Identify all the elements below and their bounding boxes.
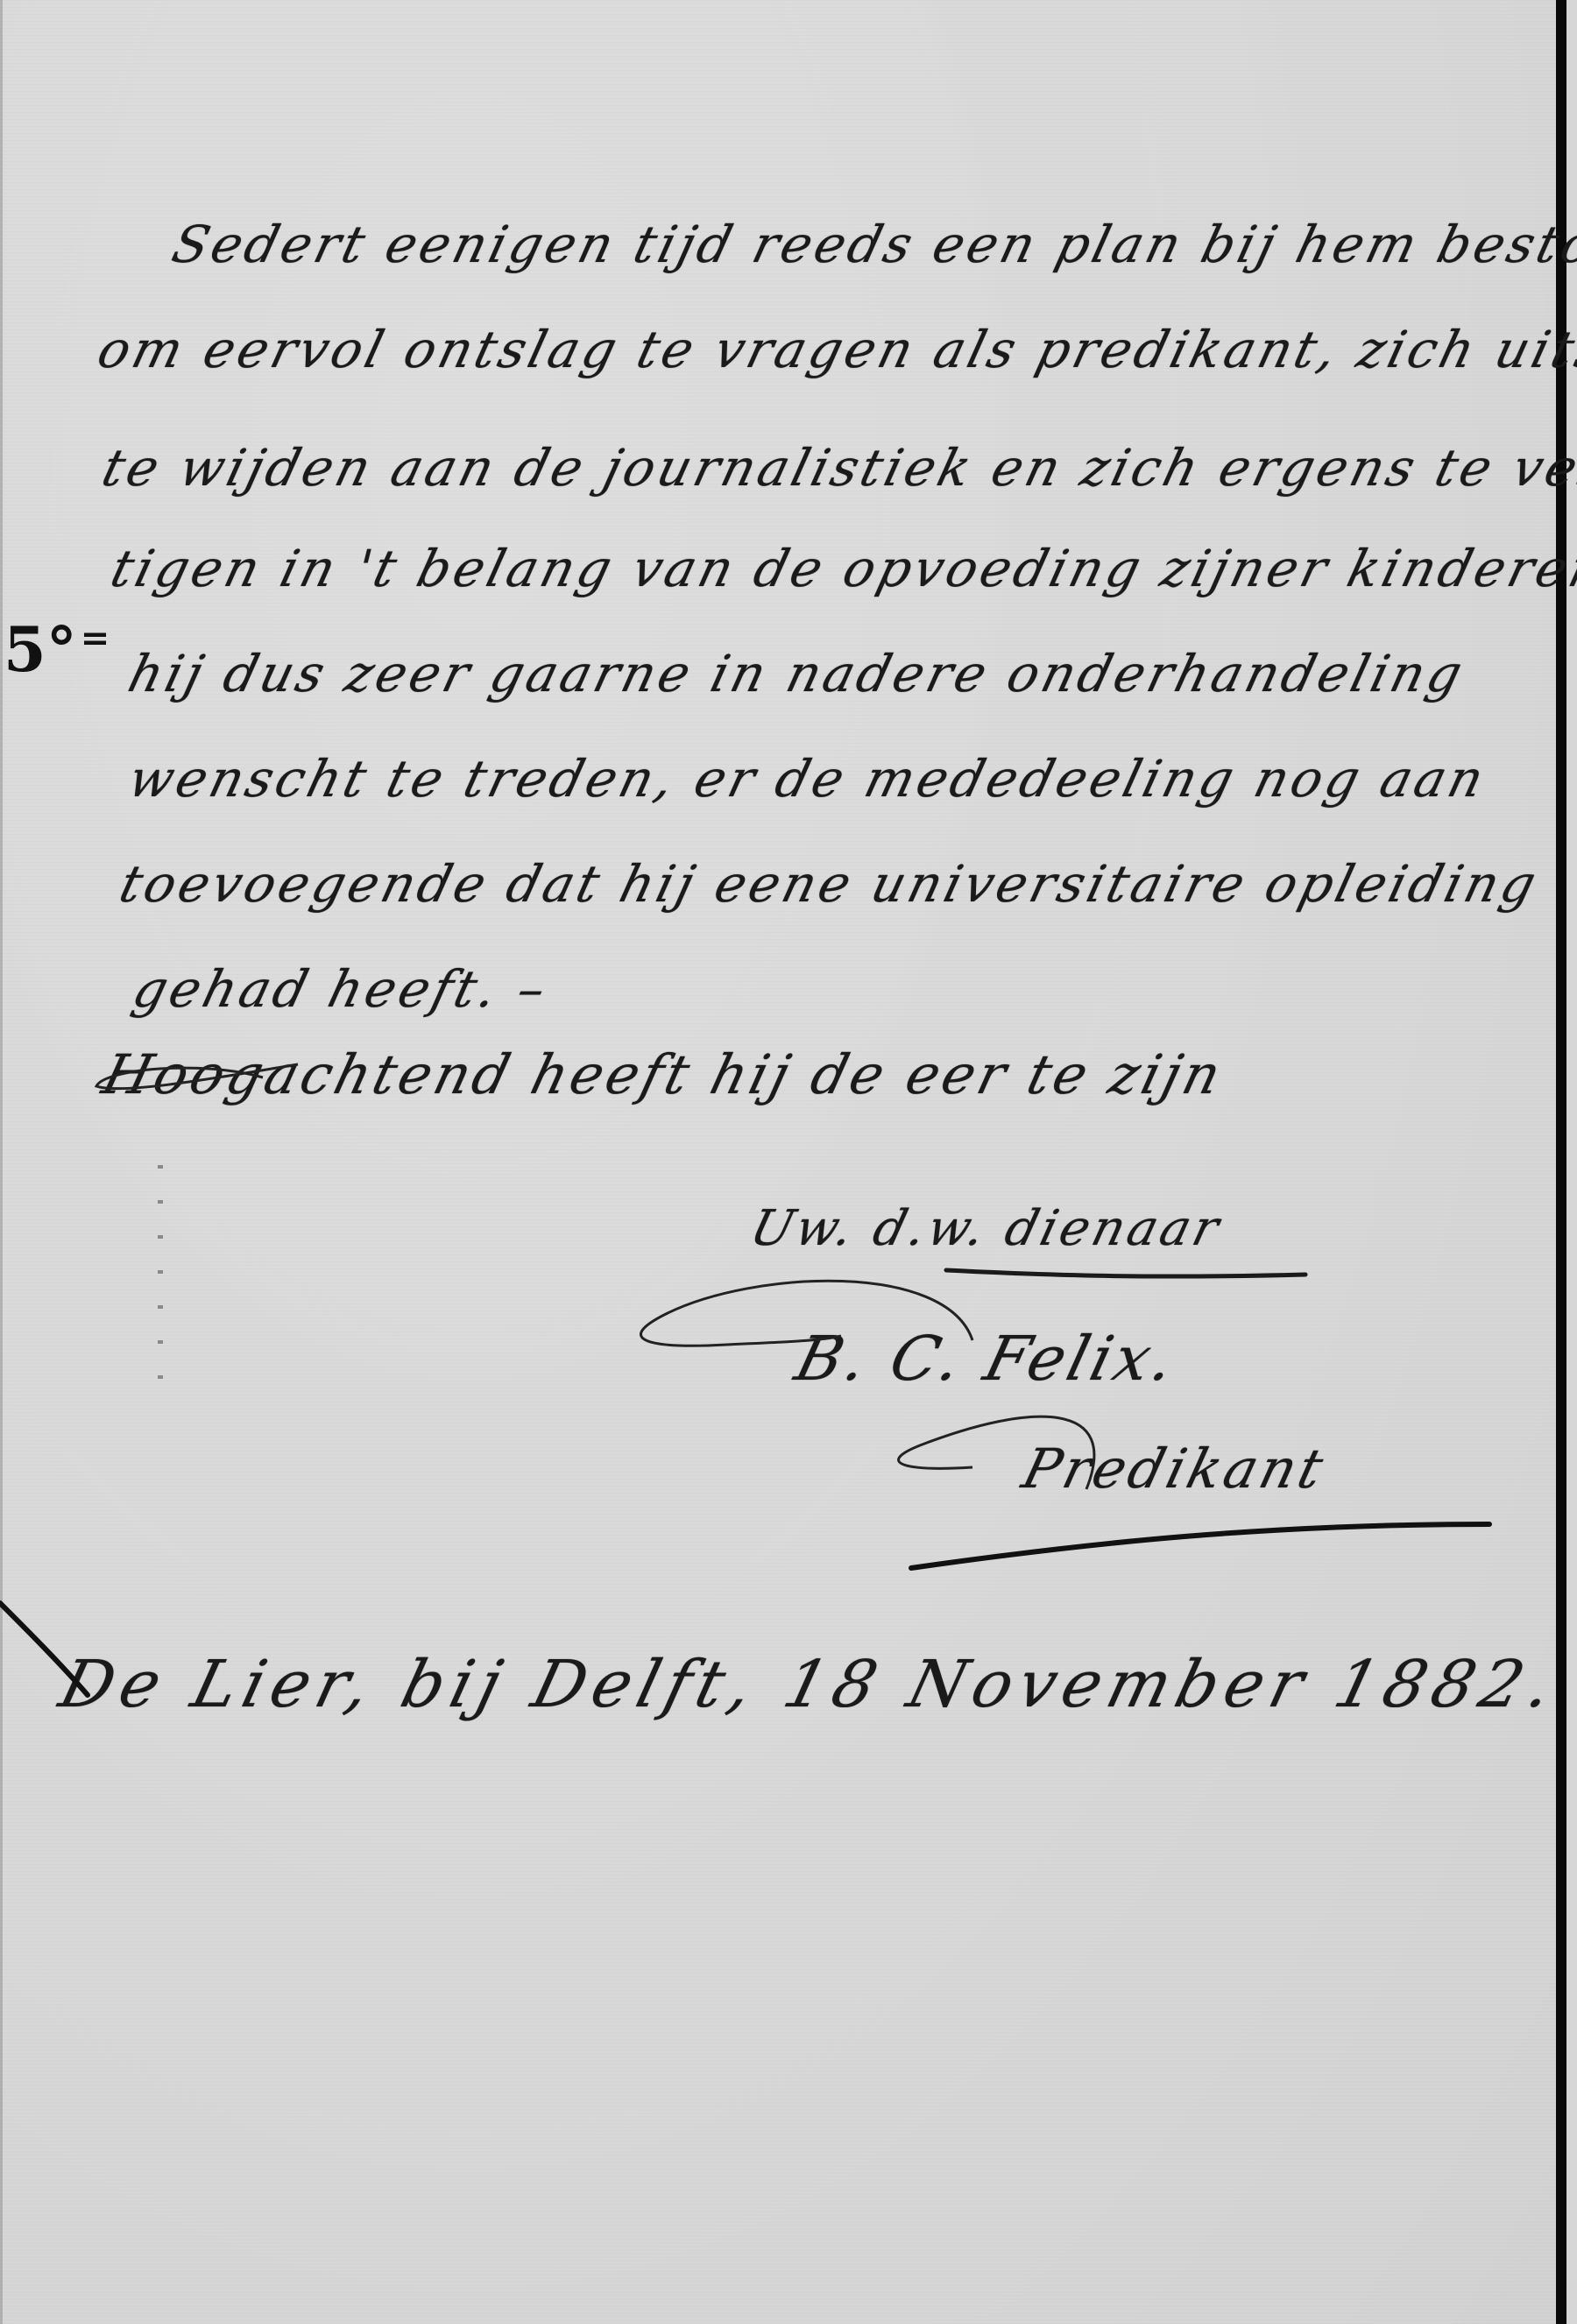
margin-item-number: 5°=	[4, 613, 110, 686]
body-line-3: te wijden aan de journalistiek en zich e…	[96, 438, 1577, 498]
letter-page: 5°= Sedert eenigen tijd reeds een plan b…	[0, 0, 1566, 2324]
signer-title: Predikant	[1016, 1437, 1333, 1501]
body-line-4: tigen in 't belang van de opvoeding zijn…	[105, 539, 1577, 598]
margin-ink-specks	[158, 1165, 163, 1384]
dateline: De Lier, bij Delft, 18 November 1882.	[53, 1647, 1566, 1722]
signature-underline	[911, 1524, 1489, 1568]
closing-servant: Uw. d.w. dienaar	[745, 1200, 1227, 1257]
body-line-2: om eervol ontslag te vragen als predikan…	[92, 320, 1577, 379]
item-number-label: 5°	[4, 613, 77, 686]
body-line-8: gehad heeft. –	[127, 959, 555, 1019]
body-line-5: hij dus zeer gaarne in nadere onderhande…	[123, 644, 1471, 703]
signature-overline	[946, 1270, 1305, 1276]
signature: B. C. Felix.	[788, 1323, 1185, 1395]
page-left-edge	[0, 0, 3, 2324]
body-line-1: Sedert eenigen tijd reeds een plan bij h…	[166, 215, 1577, 274]
body-line-7: toevoegende dat hij eene universitaire o…	[114, 854, 1545, 914]
body-line-6: wenscht te treden, er de mededeeling nog…	[123, 749, 1493, 809]
closing-phrase: Hoogachtend heeft hij de eer te zijn	[96, 1042, 1231, 1106]
item-number-suffix: =	[81, 618, 110, 659]
